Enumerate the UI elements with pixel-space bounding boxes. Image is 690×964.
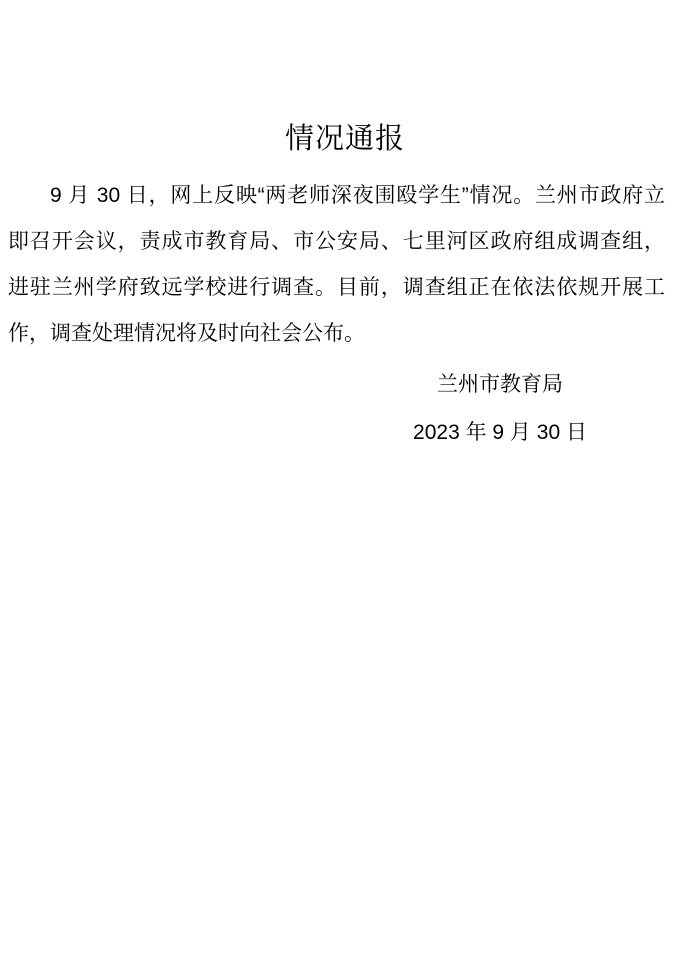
body-line: 进驻兰州学府致远学校进行调查。目前，调查组正在依法依规开展工 (8, 265, 665, 311)
notice-title: 情况通报 (0, 118, 690, 160)
notice-document: 情况通报 9 月 30 日，网上反映“两老师深夜围殴学生”情况。兰州市政府立 即… (0, 0, 690, 964)
signature-agency: 兰州市教育局 (310, 361, 690, 409)
body-line: 作，调查处理情况将及时向社会公布。 (8, 311, 665, 357)
signature-block: 兰州市教育局 2023 年 9 月 30 日 (310, 361, 690, 457)
body-line: 即召开会议，责成市教育局、市公安局、七里河区政府组成调查组， (8, 219, 665, 265)
notice-body: 9 月 30 日，网上反映“两老师深夜围殴学生”情况。兰州市政府立 即召开会议，… (8, 173, 665, 357)
body-line: 9 月 30 日，网上反映“两老师深夜围殴学生”情况。兰州市政府立 (8, 173, 665, 219)
signature-date: 2023 年 9 月 30 日 (310, 409, 690, 457)
